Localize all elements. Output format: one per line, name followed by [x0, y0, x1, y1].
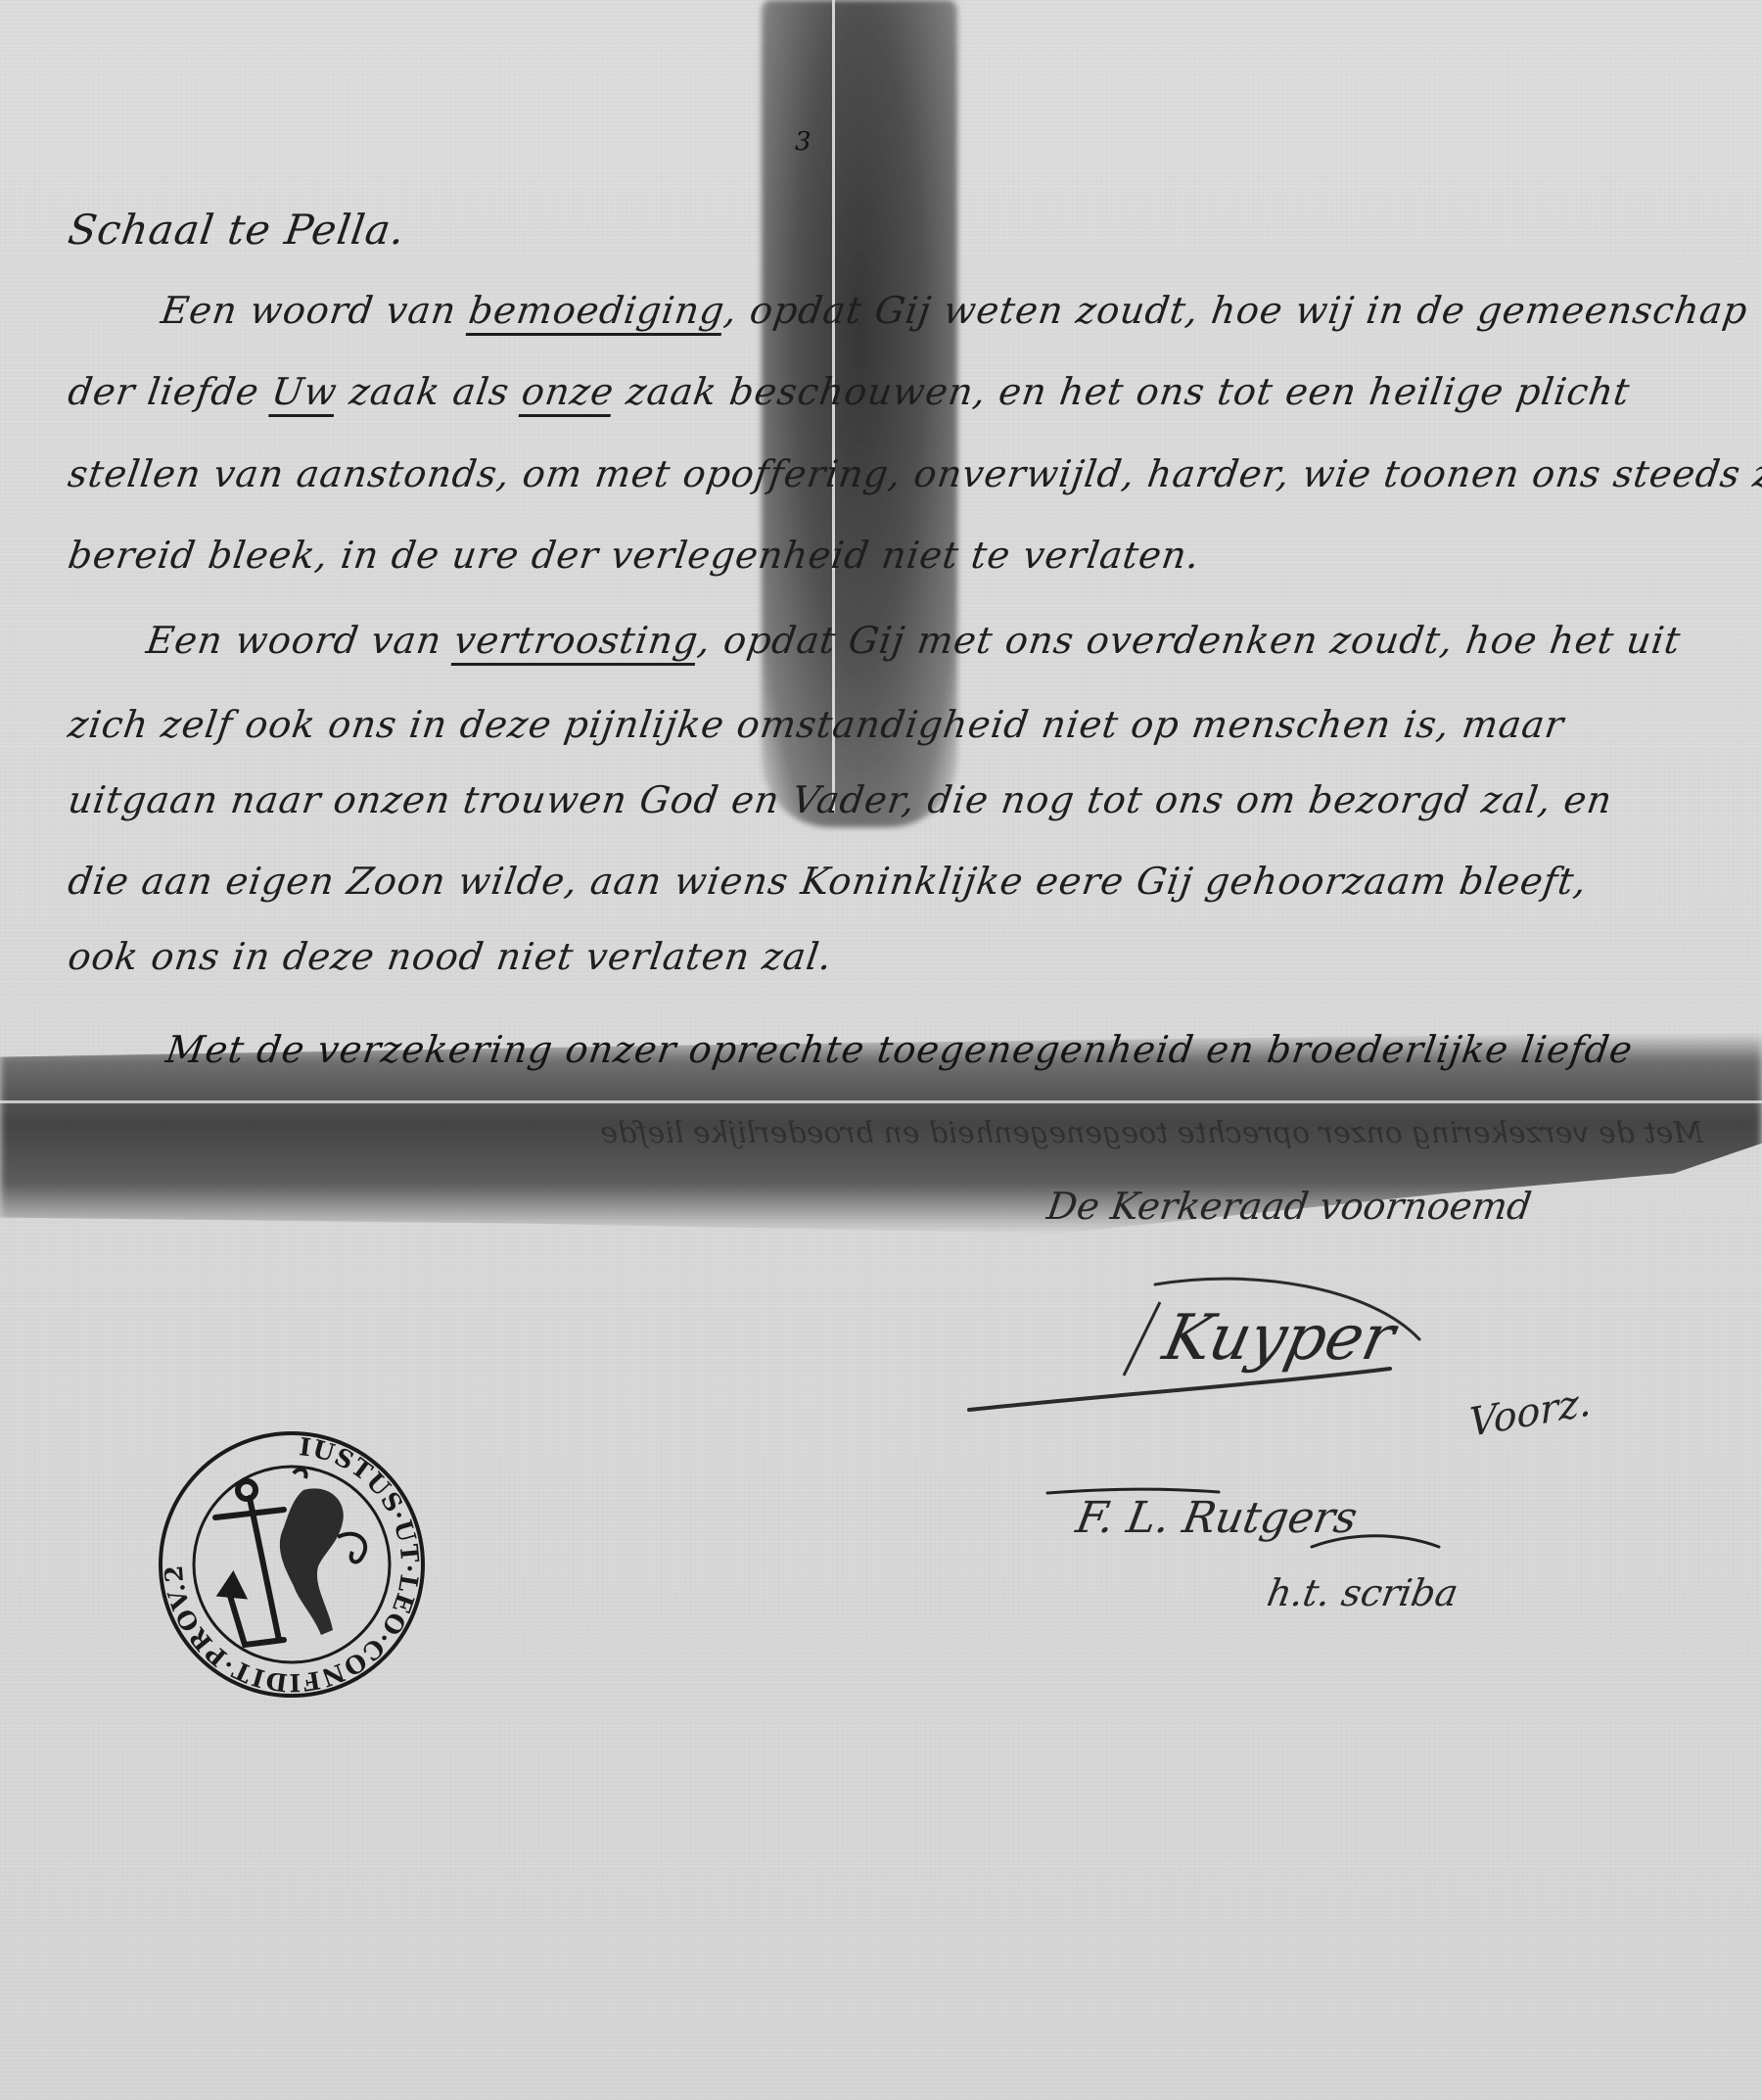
signature-kuyper: Kuyper — [1157, 1302, 1401, 1375]
church-seal: IUSTUS·UT·LEO·CONFIDIT·PROV.28 — [157, 1429, 427, 1700]
text-span: Een woord van — [159, 289, 472, 332]
lion-icon — [280, 1470, 365, 1635]
letter-line-7: uitgaan naar onzen trouwen God en Vader,… — [66, 778, 1615, 821]
letter-line-4: bereid bleek, in de ure der verlegenheid… — [66, 534, 1203, 577]
letter-line-2: der liefde Uw zaak als onze zaak beschou… — [66, 370, 1633, 413]
anchor-icon — [215, 1481, 284, 1645]
underlined-word: vertroosting — [451, 619, 701, 662]
letter-line-5: Een woord van vertroosting, opdat Gij me… — [144, 619, 1684, 662]
underlined-word: onze — [519, 370, 617, 413]
closing-council: De Kerkeraad voornoemd — [1044, 1185, 1534, 1228]
letter-line-1: Een woord van bemoediging, opdat Gij wet… — [159, 289, 1751, 332]
text-span: , opdat Gij weten zoudt, hoe wij in de g… — [721, 289, 1750, 332]
letter-line-3: stellen van aanstonds, om met opoffering… — [66, 452, 1762, 495]
signature-rutgers-title: h.t. scriba — [1264, 1571, 1461, 1614]
letter-line-8: die aan eigen Zoon wilde, aan wiens Koni… — [66, 860, 1590, 903]
salutation: Schaal te Pella. — [66, 206, 409, 254]
letter-line-6: zich zelf ook ons in deze pijnlijke omst… — [66, 703, 1567, 746]
text-span: , opdat Gij met ons overdenken zoudt, ho… — [695, 619, 1684, 662]
ghost-text-span: Met de verzekering onzer oprechte toegen… — [600, 1116, 1703, 1150]
text-span: zaak beschouwen, en het ons tot een heil… — [611, 370, 1633, 413]
text-span: der liefde — [66, 370, 275, 413]
letter-line-9: ook ons in deze nood niet verlaten zal. — [66, 935, 835, 978]
letter-line-closing: Met de verzekering onzer oprechte toegen… — [163, 1028, 1636, 1071]
signature-rutgers: F. L. Rutgers — [1073, 1493, 1362, 1543]
text-span: zaak als — [334, 370, 525, 413]
underlined-word: Uw — [269, 370, 341, 413]
ghost-offset-text: Met de verzekering onzer oprechte toegen… — [39, 1116, 1703, 1150]
letter-page: 3 Schaal te Pella. Een woord van bemoedi… — [0, 0, 1762, 2100]
text-span: Een woord van — [144, 619, 457, 662]
underlined-word: bemoediging — [466, 289, 727, 332]
horizontal-fold-crease — [0, 1100, 1762, 1103]
page-mark: 3 — [795, 127, 811, 157]
